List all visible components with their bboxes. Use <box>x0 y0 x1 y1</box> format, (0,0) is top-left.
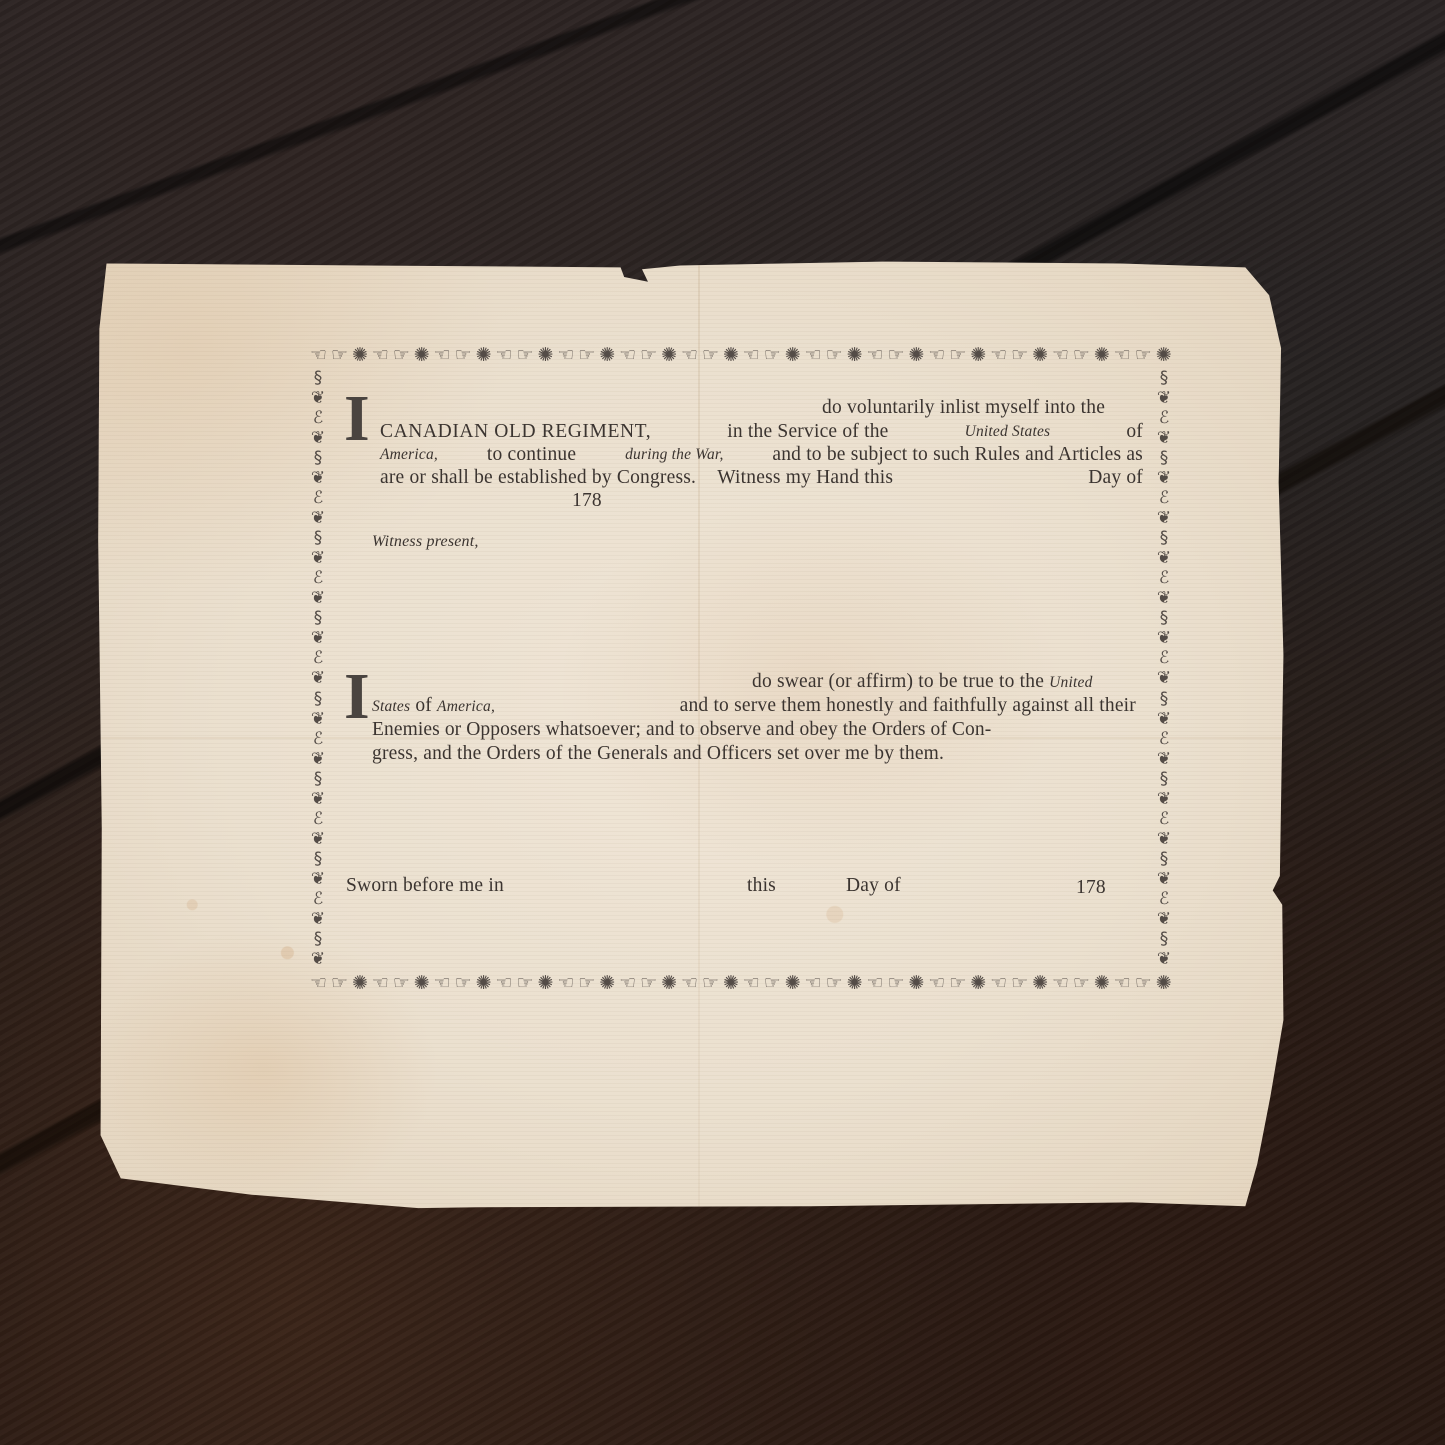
scroll-ornament-icon: ℰ <box>1159 891 1169 908</box>
scroll-ornament-icon: ❦ <box>311 430 325 447</box>
flower-ornament-icon: ✺ <box>1156 972 1172 994</box>
scroll-ornament-icon: § <box>1160 370 1169 387</box>
scroll-ornament-icon: ℰ <box>313 891 323 908</box>
scroll-ornament-icon: ❦ <box>1157 871 1171 888</box>
oath-dropcap: I <box>344 664 370 730</box>
flower-ornament-icon: ✺ <box>847 344 863 366</box>
scroll-ornament-icon: ❦ <box>1157 791 1171 808</box>
pointing-hand-icon: ☞ <box>393 344 410 366</box>
pointing-hand-icon: ☞ <box>455 972 472 994</box>
scroll-ornament-icon: ❦ <box>311 791 325 808</box>
pointing-hand-icon: ☜ <box>1052 972 1069 994</box>
flower-ornament-icon: ✺ <box>537 972 553 994</box>
flower-ornament-icon: ✺ <box>476 972 492 994</box>
pointing-hand-icon: ☜ <box>681 344 698 366</box>
pointing-hand-icon: ☜ <box>557 972 574 994</box>
scroll-ornament-icon: § <box>1160 691 1169 708</box>
pointing-hand-icon: ☞ <box>702 972 719 994</box>
scroll-ornament-icon: ❦ <box>311 670 325 687</box>
pointing-hand-icon: ☞ <box>578 344 595 366</box>
pointing-hand-icon: ☜ <box>1114 972 1131 994</box>
scroll-ornament-icon: § <box>314 851 323 868</box>
pointing-hand-icon: ☞ <box>887 344 904 366</box>
flower-ornament-icon: ✺ <box>785 344 801 366</box>
scroll-ornament-icon: ℰ <box>1159 410 1169 427</box>
scroll-ornament-icon: ❦ <box>311 831 325 848</box>
pointing-hand-icon: ☞ <box>1135 972 1152 994</box>
scroll-ornament-icon: ❦ <box>1157 831 1171 848</box>
pointing-hand-icon: ☜ <box>495 344 512 366</box>
scroll-ornament-icon: ❦ <box>1157 550 1171 567</box>
flower-ornament-icon: ✺ <box>1094 972 1110 994</box>
enlistment-line-4: are or shall be established by Congress.… <box>380 466 1143 490</box>
border-right-column: §❦ℰ❦§❦ℰ❦§❦ℰ❦§❦ℰ❦§❦ℰ❦§❦ℰ❦§❦ℰ❦§❦ <box>1152 370 1176 968</box>
pointing-hand-icon: ☜ <box>743 972 760 994</box>
flower-ornament-icon: ✺ <box>785 972 801 994</box>
pointing-hand-icon: ☜ <box>805 972 822 994</box>
pointing-hand-icon: ☞ <box>1135 344 1152 366</box>
pointing-hand-icon: ☜ <box>805 344 822 366</box>
scroll-ornament-icon: ❦ <box>311 751 325 768</box>
pointing-hand-icon: ☜ <box>310 972 327 994</box>
flower-ornament-icon: ✺ <box>599 344 615 366</box>
pointing-hand-icon: ☜ <box>1052 344 1069 366</box>
scroll-ornament-icon: ℰ <box>313 490 323 507</box>
scroll-ornament-icon: ℰ <box>313 570 323 587</box>
pointing-hand-icon: ☜ <box>434 972 451 994</box>
oath-line-4: gress, and the Orders of the Generals an… <box>372 742 944 766</box>
pointing-hand-icon: ☜ <box>681 972 698 994</box>
scroll-ornament-icon: ℰ <box>1159 490 1169 507</box>
scroll-ornament-icon: § <box>1160 530 1169 547</box>
sworn-year: 178 <box>1076 876 1106 900</box>
pointing-hand-icon: ☜ <box>866 344 883 366</box>
scroll-ornament-icon: § <box>314 931 323 948</box>
scroll-ornament-icon: ❦ <box>1157 390 1171 407</box>
scroll-ornament-icon: ❦ <box>311 590 325 607</box>
pointing-hand-icon: ☜ <box>1114 344 1131 366</box>
flower-ornament-icon: ✺ <box>476 344 492 366</box>
flower-ornament-icon: ✺ <box>414 972 430 994</box>
scroll-ornament-icon: ℰ <box>313 650 323 667</box>
pointing-hand-icon: ☜ <box>990 972 1007 994</box>
pointing-hand-icon: ☞ <box>1011 972 1028 994</box>
scroll-ornament-icon: ❦ <box>1157 510 1171 527</box>
witness-label: Witness present, <box>372 530 479 554</box>
pointing-hand-icon: ☜ <box>557 344 574 366</box>
scroll-ornament-icon: § <box>314 530 323 547</box>
pointing-hand-icon: ☞ <box>393 972 410 994</box>
scroll-ornament-icon: ❦ <box>1157 630 1171 647</box>
oath-line-1: do swear (or affirm) to be true to the U… <box>752 670 1093 695</box>
flower-ornament-icon: ✺ <box>1094 344 1110 366</box>
scroll-ornament-icon: § <box>1160 610 1169 627</box>
flower-ornament-icon: ✺ <box>1032 972 1048 994</box>
flower-ornament-icon: ✺ <box>970 972 986 994</box>
sworn-label: Sworn before me in <box>346 874 504 898</box>
scroll-ornament-icon: ❦ <box>1157 590 1171 607</box>
scroll-ornament-icon: ❦ <box>311 630 325 647</box>
pointing-hand-icon: ☞ <box>1073 344 1090 366</box>
pointing-hand-icon: ☞ <box>1073 972 1090 994</box>
scroll-ornament-icon: ❦ <box>1157 470 1171 487</box>
sworn-this: this <box>747 874 776 898</box>
pointing-hand-icon: ☜ <box>743 344 760 366</box>
scroll-ornament-icon: § <box>314 370 323 387</box>
scroll-ornament-icon: ❦ <box>1157 951 1171 968</box>
scroll-ornament-icon: ❦ <box>311 711 325 728</box>
scroll-ornament-icon: § <box>314 450 323 467</box>
enlistment-line-1: do voluntarily inlist myself into the <box>822 396 1105 420</box>
pointing-hand-icon: ☜ <box>495 972 512 994</box>
pointing-hand-icon: ☞ <box>949 344 966 366</box>
scroll-ornament-icon: ❦ <box>311 550 325 567</box>
pointing-hand-icon: ☜ <box>990 344 1007 366</box>
pointing-hand-icon: ☞ <box>887 972 904 994</box>
scroll-ornament-icon: ℰ <box>313 731 323 748</box>
enlistment-line-2: CANADIAN OLD REGIMENT, in the Service of… <box>380 420 1143 444</box>
pointing-hand-icon: ☞ <box>1011 344 1028 366</box>
pointing-hand-icon: ☞ <box>578 972 595 994</box>
pointing-hand-icon: ☜ <box>866 972 883 994</box>
scroll-ornament-icon: ❦ <box>311 911 325 928</box>
flower-ornament-icon: ✺ <box>1156 344 1172 366</box>
pointing-hand-icon: ☞ <box>640 344 657 366</box>
scroll-ornament-icon: § <box>1160 931 1169 948</box>
enlistment-line-3: America, to continue during the War, and… <box>380 443 1143 467</box>
flower-ornament-icon: ✺ <box>1032 344 1048 366</box>
scroll-ornament-icon: ℰ <box>1159 570 1169 587</box>
pointing-hand-icon: ☞ <box>640 972 657 994</box>
scroll-ornament-icon: ℰ <box>1159 731 1169 748</box>
border-left-column: §❦ℰ❦§❦ℰ❦§❦ℰ❦§❦ℰ❦§❦ℰ❦§❦ℰ❦§❦ℰ❦§❦ <box>306 370 330 968</box>
scroll-ornament-icon: ❦ <box>311 871 325 888</box>
pointing-hand-icon: ☞ <box>764 344 781 366</box>
pointing-hand-icon: ☜ <box>310 344 327 366</box>
scroll-ornament-icon: § <box>1160 771 1169 788</box>
scroll-ornament-icon: ❦ <box>1157 670 1171 687</box>
pointing-hand-icon: ☜ <box>434 344 451 366</box>
flower-ornament-icon: ✺ <box>352 344 368 366</box>
scroll-ornament-icon: ❦ <box>1157 711 1171 728</box>
flower-ornament-icon: ✺ <box>723 972 739 994</box>
scroll-ornament-icon: ℰ <box>1159 811 1169 828</box>
pointing-hand-icon: ☜ <box>372 344 389 366</box>
scroll-ornament-icon: § <box>1160 851 1169 868</box>
flower-ornament-icon: ✺ <box>414 344 430 366</box>
scroll-ornament-icon: ❦ <box>1157 430 1171 447</box>
pointing-hand-icon: ☞ <box>516 344 533 366</box>
pointing-hand-icon: ☜ <box>619 344 636 366</box>
flower-ornament-icon: ✺ <box>537 344 553 366</box>
flower-ornament-icon: ✺ <box>970 344 986 366</box>
pointing-hand-icon: ☜ <box>928 344 945 366</box>
flower-ornament-icon: ✺ <box>599 972 615 994</box>
scroll-ornament-icon: § <box>314 771 323 788</box>
pointing-hand-icon: ☜ <box>372 972 389 994</box>
scroll-ornament-icon: § <box>314 691 323 708</box>
flower-ornament-icon: ✺ <box>908 972 924 994</box>
pointing-hand-icon: ☜ <box>928 972 945 994</box>
pointing-hand-icon: ☞ <box>331 344 348 366</box>
scroll-ornament-icon: ℰ <box>313 410 323 427</box>
pointing-hand-icon: ☞ <box>702 344 719 366</box>
pointing-hand-icon: ☜ <box>619 972 636 994</box>
pointing-hand-icon: ☞ <box>455 344 472 366</box>
pointing-hand-icon: ☞ <box>764 972 781 994</box>
flower-ornament-icon: ✺ <box>661 344 677 366</box>
scroll-ornament-icon: § <box>314 610 323 627</box>
pointing-hand-icon: ☞ <box>331 972 348 994</box>
oath-line-3: Enemies or Opposers whatsoever; and to o… <box>372 718 991 742</box>
scroll-ornament-icon: ❦ <box>1157 911 1171 928</box>
pointing-hand-icon: ☞ <box>826 344 843 366</box>
scroll-ornament-icon: ❦ <box>311 951 325 968</box>
sworn-day-of: Day of <box>846 874 901 898</box>
scroll-ornament-icon: ❦ <box>1157 751 1171 768</box>
enlistment-dropcap: I <box>344 386 370 452</box>
flower-ornament-icon: ✺ <box>908 344 924 366</box>
border-top-row: ☜☞✺☜☞✺☜☞✺☜☞✺☜☞✺☜☞✺☜☞✺☜☞✺☜☞✺☜☞✺☜☞✺☜☞✺☜☞✺☜… <box>310 340 1172 370</box>
scroll-ornament-icon: § <box>1160 450 1169 467</box>
pointing-hand-icon: ☞ <box>949 972 966 994</box>
scroll-ornament-icon: ❦ <box>311 510 325 527</box>
flower-ornament-icon: ✺ <box>352 972 368 994</box>
flower-ornament-icon: ✺ <box>723 344 739 366</box>
border-bottom-row: ☜☞✺☜☞✺☜☞✺☜☞✺☜☞✺☜☞✺☜☞✺☜☞✺☜☞✺☜☞✺☜☞✺☜☞✺☜☞✺☜… <box>310 968 1172 998</box>
flower-ornament-icon: ✺ <box>847 972 863 994</box>
enlistment-year: 178 <box>572 489 602 513</box>
pointing-hand-icon: ☞ <box>826 972 843 994</box>
flower-ornament-icon: ✺ <box>661 972 677 994</box>
scroll-ornament-icon: ❦ <box>311 390 325 407</box>
pointing-hand-icon: ☞ <box>516 972 533 994</box>
scroll-ornament-icon: ℰ <box>1159 650 1169 667</box>
scroll-ornament-icon: ℰ <box>313 811 323 828</box>
oath-line-2: States of America, and to serve them hon… <box>372 694 1136 719</box>
scroll-ornament-icon: ❦ <box>311 470 325 487</box>
